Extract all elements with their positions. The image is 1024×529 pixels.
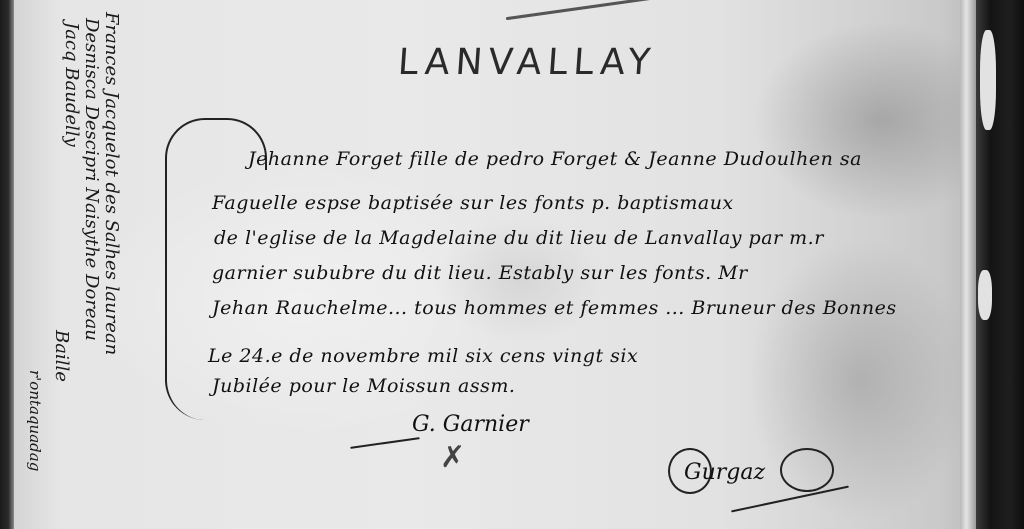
- entry-line: Le 24.e de novembre mil six cens vingt s…: [208, 345, 638, 367]
- left-binding: [0, 0, 14, 529]
- entry-line: de l'eglise de la Magdelaine du dit lieu…: [214, 227, 824, 249]
- paper-tear: [978, 270, 992, 320]
- margin-note: Jacq Baudelly: [61, 22, 82, 147]
- entry-line: Jehan Rauchelme... tous hommes et femmes…: [212, 297, 897, 319]
- signature-garnier: G. Garnier: [412, 412, 529, 437]
- margin-note: r'ontaquadag: [26, 370, 44, 471]
- right-binding: [976, 0, 1024, 529]
- signature-stroke: [731, 486, 849, 513]
- manuscript-page: LANVALLAY Frances Jacquelot des Salhes l…: [0, 0, 1024, 529]
- signature-flourish: [780, 448, 834, 492]
- margin-note: Desnisca Descipri Naisythe Doreau: [81, 18, 102, 341]
- margin-note: Frances Jacquelot des Salhes laurean: [101, 12, 122, 355]
- entry-line: Jubilée pour le Moissun assm.: [212, 375, 515, 397]
- signature-gurgaz: Gurgaz: [684, 460, 765, 485]
- pen-stroke: [506, 0, 695, 20]
- entry-line: garnier sububre du dit lieu. Estably sur…: [212, 262, 748, 284]
- signature-stroke: [350, 437, 420, 449]
- right-page-edge: [960, 0, 976, 529]
- entry-line: Jehanne Forget fille de pedro Forget & J…: [248, 148, 862, 170]
- margin-note: Baille: [51, 330, 72, 382]
- entry-line: Faguelle espse baptisée sur les fonts p.…: [212, 192, 734, 214]
- paper-tear: [980, 30, 996, 130]
- document-title: LANVALLAY: [397, 42, 658, 83]
- cross-mark-icon: ✗: [440, 440, 465, 475]
